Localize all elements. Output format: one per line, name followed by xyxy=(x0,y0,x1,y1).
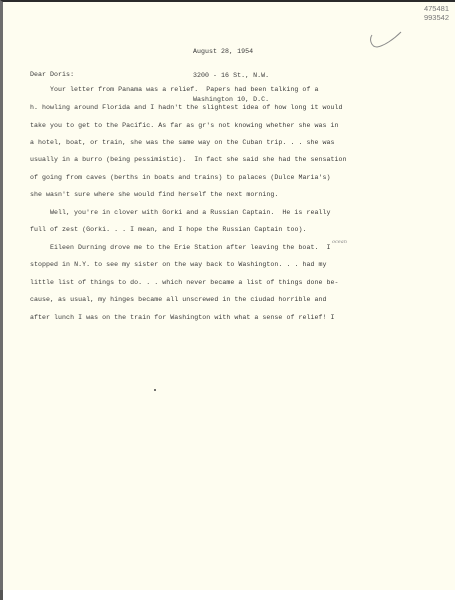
letter-page: 475481 993542 August 28, 1954 3200 - 16 … xyxy=(0,0,455,590)
body-line-7: she wasn't sure where she would find her… xyxy=(30,191,278,199)
salutation: Dear Doris: xyxy=(30,71,74,78)
body-line-6: of going from caves (berths in boats and… xyxy=(30,174,331,182)
body-line-11: stopped in N.Y. to see my sister on the … xyxy=(30,261,327,269)
letter-date: August 28, 1954 xyxy=(193,48,269,56)
handwritten-insert: ocean xyxy=(332,239,347,245)
scan-margin xyxy=(0,590,455,600)
body-line-5: usually in a burro (being pessimistic). … xyxy=(30,156,347,164)
body-line-2: h. howling around Florida and I hadn't t… xyxy=(30,104,343,112)
accession-numbers: 475481 993542 xyxy=(424,5,449,22)
body-line-14: after lunch I was on the train for Washi… xyxy=(30,314,335,322)
body-line-9: full of zest (Gorki. . . I mean, and I h… xyxy=(30,226,306,234)
scan-edge xyxy=(0,590,3,600)
body-line-13: cause, as usual, my hinges became all un… xyxy=(30,296,327,304)
address-line-2: Washington 10, D.C. xyxy=(193,96,269,104)
ink-speck xyxy=(154,389,156,391)
body-line-1: Your letter from Panama was a relief. Pa… xyxy=(50,86,318,94)
body-line-8: Well, you're in clover with Gorki and a … xyxy=(50,209,330,217)
body-line-12: little list of things to do. . . which n… xyxy=(30,279,339,287)
address-line-1: 3200 - 16 St., N.W. xyxy=(193,72,269,80)
body-line-4: a hotel, boat, or train, she was the sam… xyxy=(30,139,335,147)
body-line-10: Eileen Durning drove me to the Erie Stat… xyxy=(50,244,330,252)
body-line-3: take you to get to the Pacific. As far a… xyxy=(30,122,339,130)
accession-number-2: 993542 xyxy=(424,14,449,23)
pencil-checkmark-icon xyxy=(368,29,404,51)
